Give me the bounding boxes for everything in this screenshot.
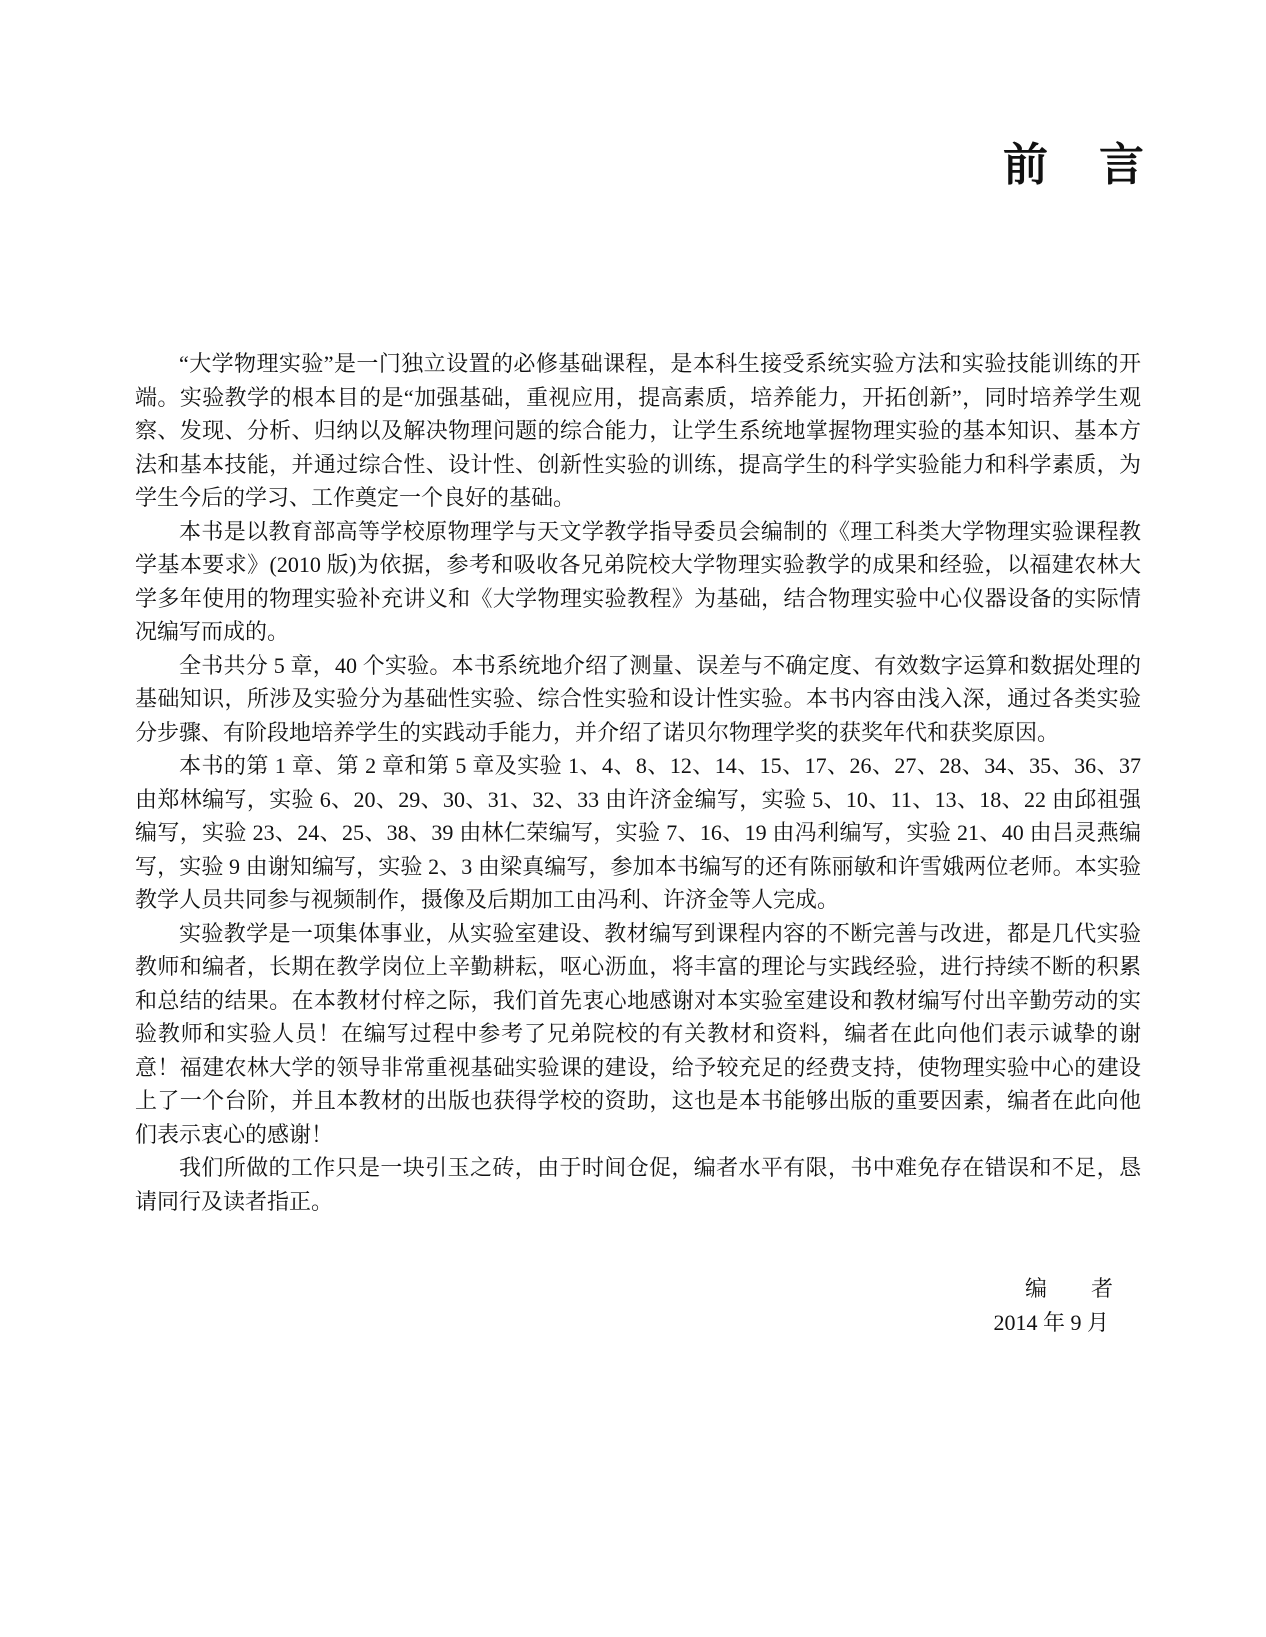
paragraph-author-contributions: 本书的第 1 章、第 2 章和第 5 章及实验 1、4、8、12、14、15、1… <box>135 749 1141 917</box>
preface-body: “大学物理实验”是一门独立设置的必修基础课程，是本科生接受系统实验方法和实验技能… <box>135 347 1141 1218</box>
signature-date: 2014 年 9 月 <box>135 1306 1141 1340</box>
paragraph-book-structure: 全书共分 5 章，40 个实验。本书系统地介绍了测量、误差与不确定度、有效数字运… <box>135 649 1141 750</box>
paragraph-closing-remarks: 我们所做的工作只是一块引玉之砖，由于时间仓促，编者水平有限，书中难免存在错误和不… <box>135 1151 1141 1218</box>
preface-page: 前 言 “大学物理实验”是一门独立设置的必修基础课程，是本科生接受系统实验方法和… <box>0 0 1266 1637</box>
paragraph-intro-course: “大学物理实验”是一门独立设置的必修基础课程，是本科生接受系统实验方法和实验技能… <box>135 347 1141 515</box>
signature-author: 编 者 <box>135 1272 1141 1306</box>
paragraph-basis-standards: 本书是以教育部高等学校原物理学与天文学教学指导委员会编制的《理工科类大学物理实验… <box>135 515 1141 649</box>
signature-block: 编 者 2014 年 9 月 <box>135 1272 1141 1340</box>
paragraph-acknowledgements: 实验教学是一项集体事业，从实验室建设、教材编写到课程内容的不断完善与改进，都是几… <box>135 917 1141 1152</box>
page-title: 前 言 <box>135 138 1147 192</box>
